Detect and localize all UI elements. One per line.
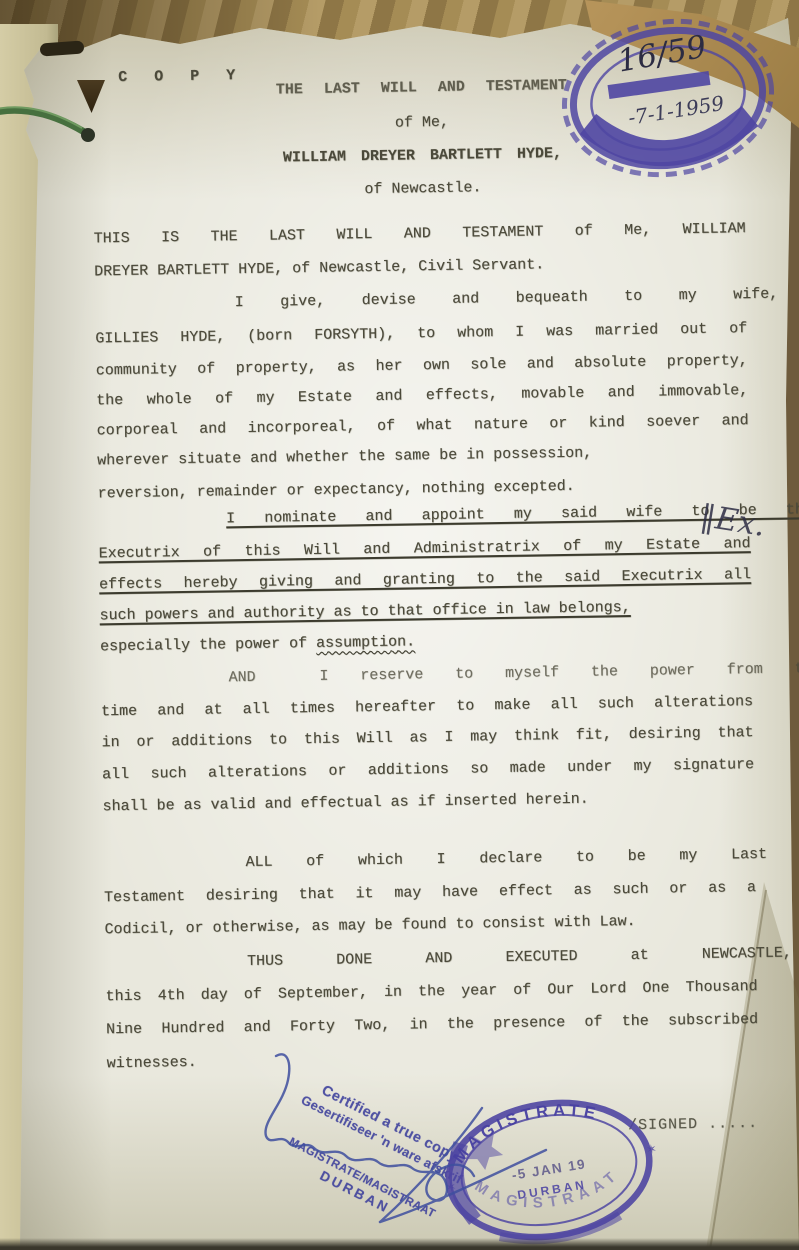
- document-line: Codicil, or otherwise, as may be found t…: [104, 911, 756, 938]
- document-line: I give, devise and bequeath to my wife, …: [95, 284, 799, 313]
- body-lines: THIS IS THE LAST WILL AND TESTAMENT of M…: [0, 0, 789, 2]
- document-line: the whole of my Estate and effects, mova…: [96, 382, 748, 409]
- document-line: all such alterations or additions so mad…: [102, 756, 754, 783]
- wavy-underlined-word: assumption.: [316, 633, 415, 652]
- title-line-3: WILLIAM DREYER BARTLETT HYDE,: [197, 144, 647, 168]
- document-line: community of property, as her own sole a…: [96, 352, 748, 379]
- title-line-4: of Newcastle.: [198, 177, 648, 201]
- document-line: in or additions to this Will as I may th…: [101, 724, 753, 751]
- document-line: wherever situate and whether the same be…: [97, 442, 749, 469]
- document-line: Testament desiring that it may have effe…: [104, 879, 756, 906]
- typed-text-layer: C O P Y THE LAST WILL AND TESTAMENT of M…: [0, 0, 799, 1250]
- document-line: corporeal and incorporeal, of what natur…: [97, 412, 749, 439]
- document-line: such powers and authority as to that off…: [99, 597, 751, 624]
- document-line: Nine Hundred and Forty Two, in the prese…: [106, 1011, 758, 1038]
- document-line: this 4th day of September, in the year o…: [105, 978, 757, 1005]
- document-line: DREYER BARTLETT HYDE, of Newcastle, Civi…: [94, 253, 746, 280]
- document-line: effects hereby giving and granting to th…: [99, 566, 751, 593]
- signed-line: /SIGNED .....: [628, 1115, 758, 1134]
- document-line: ALL of which I declare to be my Last Wil…: [103, 844, 799, 873]
- document-line: time and at all times hereafter to make …: [101, 693, 753, 720]
- document-line: Executrix of this Will and Administratri…: [99, 535, 751, 562]
- scan-bottom-edge: [0, 1238, 799, 1250]
- document-line: witnesses.: [107, 1045, 759, 1072]
- document-line: reversion, remainder or expectancy, noth…: [98, 475, 750, 502]
- document-line: GILLIES HYDE, (born FORSYTH), to whom I …: [95, 320, 747, 347]
- document-line: I nominate and appoint my said wife to b…: [98, 500, 799, 529]
- title-line-2: of Me,: [197, 111, 647, 135]
- document-line: THUS DONE AND EXECUTED at NEWCASTLE, NAT…: [105, 943, 799, 972]
- document-line: especially the power of assumption.: [100, 628, 752, 655]
- document-line: THIS IS THE LAST WILL AND TESTAMENT of M…: [94, 220, 746, 247]
- document-line: AND I reserve to myself the power from t…: [100, 659, 799, 688]
- scanned-will-document: C O P Y THE LAST WILL AND TESTAMENT of M…: [0, 0, 799, 1250]
- document-line: shall be as valid and effectual as if in…: [102, 788, 754, 815]
